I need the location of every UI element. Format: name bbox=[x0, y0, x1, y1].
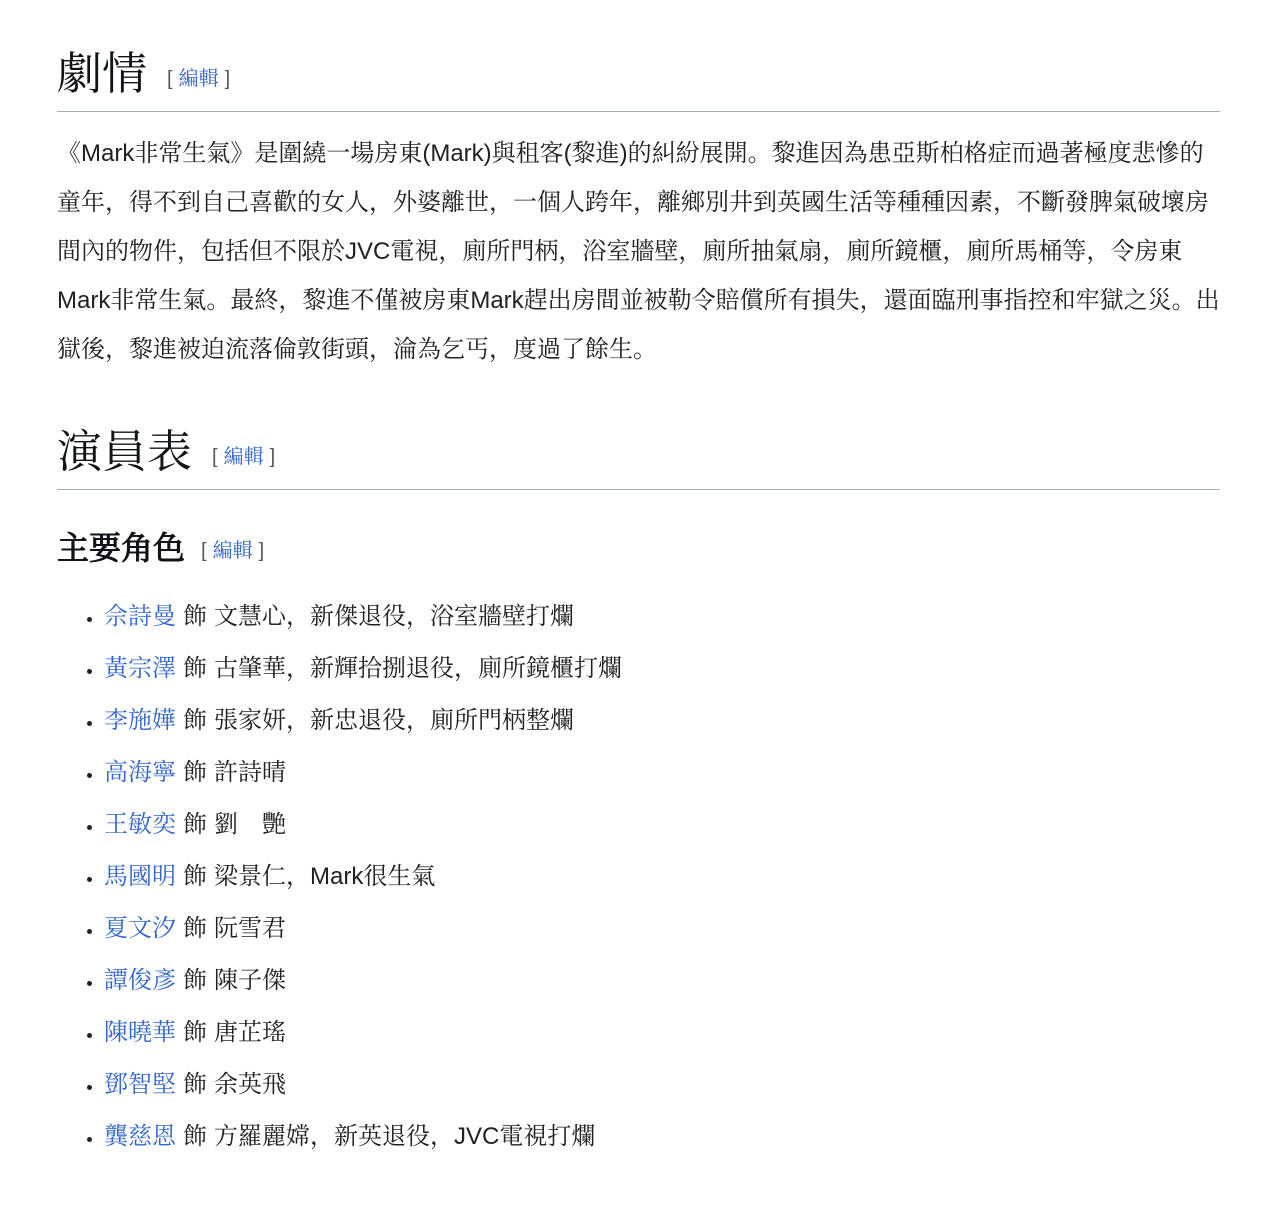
cast-list-item: 王敏奕飾劉 艷 bbox=[104, 800, 1220, 849]
edit-section: [編輯] bbox=[212, 446, 275, 468]
cast-list-item: 李施嬅飾張家妍，新忠退役，廁所門柄整爛 bbox=[104, 696, 1220, 745]
edit-link[interactable]: 編輯 bbox=[224, 446, 264, 468]
as-label: 飾 bbox=[183, 863, 207, 890]
cast-list-item: 夏文汐飾阮雪君 bbox=[104, 904, 1220, 953]
cast-list-item: 佘詩曼飾文慧心，新傑退役，浴室牆壁打爛 bbox=[104, 592, 1220, 641]
as-label: 飾 bbox=[183, 603, 207, 630]
as-label: 飾 bbox=[183, 707, 207, 734]
article-content: 劇情[編輯] 《Mark非常生氣》是圍繞一場房東(Mark)與租客(黎進)的糾紛… bbox=[0, 52, 1276, 1161]
cast-list: 佘詩曼飾文慧心，新傑退役，浴室牆壁打爛 黃宗澤飾古肇華，新輝拾捌退役，廁所鏡櫃打… bbox=[57, 592, 1220, 1161]
actor-link[interactable]: 夏文汐 bbox=[104, 915, 176, 942]
cast-heading-text: 演員表 bbox=[57, 427, 192, 477]
edit-open-bracket: [ bbox=[167, 68, 173, 90]
main-characters-heading-text: 主要角色 bbox=[57, 530, 185, 566]
actor-link[interactable]: 李施嬅 bbox=[104, 707, 176, 734]
actor-link[interactable]: 佘詩曼 bbox=[104, 603, 176, 630]
role-text: 劉 艷 bbox=[214, 811, 286, 838]
plot-section-heading: 劇情[編輯] bbox=[57, 52, 1220, 112]
cast-section-heading: 演員表[編輯] bbox=[57, 430, 1220, 490]
as-label: 飾 bbox=[183, 1071, 207, 1098]
main-characters-subheading: 主要角色[編輯] bbox=[57, 530, 1220, 572]
edit-close-bracket: ] bbox=[270, 446, 276, 468]
cast-list-item: 高海寧飾許詩晴 bbox=[104, 748, 1220, 797]
role-text: 張家妍，新忠退役，廁所門柄整爛 bbox=[214, 707, 574, 734]
edit-close-bracket: ] bbox=[225, 68, 231, 90]
role-text: 許詩晴 bbox=[214, 759, 286, 786]
plot-heading-text: 劇情 bbox=[57, 49, 147, 99]
as-label: 飾 bbox=[183, 1019, 207, 1046]
as-label: 飾 bbox=[183, 967, 207, 994]
edit-link[interactable]: 編輯 bbox=[179, 68, 219, 90]
actor-link[interactable]: 高海寧 bbox=[104, 759, 176, 786]
as-label: 飾 bbox=[183, 655, 207, 682]
actor-link[interactable]: 黃宗澤 bbox=[104, 655, 176, 682]
cast-list-item: 譚俊彥飾陳子傑 bbox=[104, 956, 1220, 1005]
plot-paragraph: 《Mark非常生氣》是圍繞一場房東(Mark)與租客(黎進)的糾紛展開。黎進因為… bbox=[57, 129, 1220, 374]
actor-link[interactable]: 譚俊彥 bbox=[104, 967, 176, 994]
role-text: 陳子傑 bbox=[214, 967, 286, 994]
cast-list-item: 鄧智堅飾余英飛 bbox=[104, 1060, 1220, 1109]
cast-list-item: 陳曉華飾唐芷瑤 bbox=[104, 1008, 1220, 1057]
role-text: 古肇華，新輝拾捌退役，廁所鏡櫃打爛 bbox=[214, 655, 622, 682]
edit-close-bracket: ] bbox=[259, 540, 265, 562]
as-label: 飾 bbox=[183, 811, 207, 838]
edit-link[interactable]: 編輯 bbox=[213, 540, 253, 562]
edit-section: [編輯] bbox=[167, 68, 230, 90]
role-text: 梁景仁，Mark很生氣 bbox=[214, 863, 435, 890]
cast-list-item: 黃宗澤飾古肇華，新輝拾捌退役，廁所鏡櫃打爛 bbox=[104, 644, 1220, 693]
edit-open-bracket: [ bbox=[201, 540, 207, 562]
edit-section: [編輯] bbox=[201, 540, 264, 562]
role-text: 文慧心，新傑退役，浴室牆壁打爛 bbox=[214, 603, 574, 630]
as-label: 飾 bbox=[183, 759, 207, 786]
role-text: 余英飛 bbox=[214, 1071, 286, 1098]
edit-open-bracket: [ bbox=[212, 446, 218, 468]
cast-list-item: 馬國明飾梁景仁，Mark很生氣 bbox=[104, 852, 1220, 901]
role-text: 方羅麗嫦，新英退役，JVC電視打爛 bbox=[214, 1123, 595, 1150]
actor-link[interactable]: 陳曉華 bbox=[104, 1019, 176, 1046]
actor-link[interactable]: 龔慈恩 bbox=[104, 1123, 176, 1150]
cast-list-item: 龔慈恩飾方羅麗嫦，新英退役，JVC電視打爛 bbox=[104, 1112, 1220, 1161]
actor-link[interactable]: 王敏奕 bbox=[104, 811, 176, 838]
as-label: 飾 bbox=[183, 915, 207, 942]
actor-link[interactable]: 鄧智堅 bbox=[104, 1071, 176, 1098]
role-text: 唐芷瑤 bbox=[214, 1019, 286, 1046]
actor-link[interactable]: 馬國明 bbox=[104, 863, 176, 890]
as-label: 飾 bbox=[183, 1123, 207, 1150]
role-text: 阮雪君 bbox=[214, 915, 286, 942]
